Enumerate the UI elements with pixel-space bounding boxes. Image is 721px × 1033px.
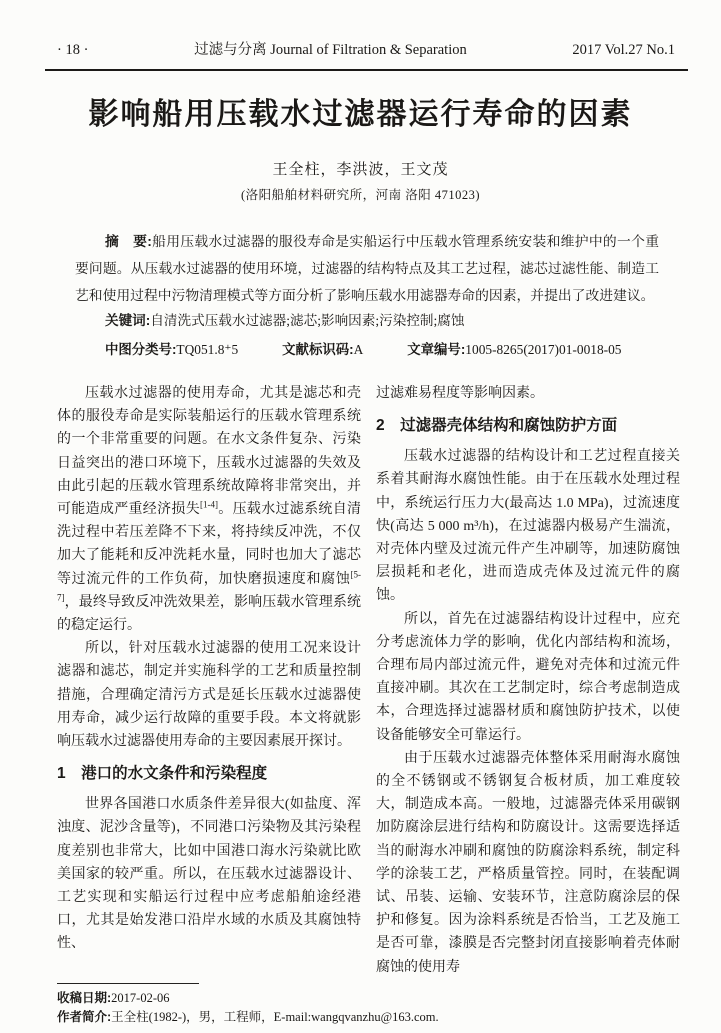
header-divider-rule: [45, 69, 688, 71]
article-id-value: 1005-8265(2017)01-0018-05: [465, 342, 621, 357]
received-date-value: 2017-02-06: [111, 991, 169, 1005]
header-journal-title: 过滤与分离 Journal of Filtration & Separation: [194, 38, 467, 59]
body-paragraph-3: 世界各国港口水质条件差异很大(如盐度、浑浊度、泥沙含量等)，不同港口污染物及其污…: [57, 793, 361, 955]
body-paragraph-3-continued: 过滤难易程度等影响因素。: [376, 382, 680, 405]
doc-code-label: 文献标识码:: [282, 342, 353, 357]
header-issue-info: 2017 Vol.27 No.1: [572, 42, 675, 59]
keywords-text: 自清洗式压载水过滤器;滤芯;影响因素;污染控制;腐蚀: [150, 313, 464, 328]
received-date-label: 收稿日期:: [57, 991, 111, 1005]
footer-divider-rule: [57, 983, 199, 984]
classification-line: 中图分类号:TQ051.8⁺5 文献标识码:A 文章编号:1005-8265(2…: [105, 340, 701, 360]
citation-ref: [1-4]: [200, 499, 218, 509]
body-right-column: 过滤难易程度等影响因素。 2 过滤器壳体结构和腐蚀防护方面 压载水过滤器的结构设…: [376, 382, 680, 979]
clc-item: 中图分类号:TQ051.8⁺5: [105, 340, 238, 360]
keywords-line: 关键词:自清洗式压载水过滤器;滤芯;影响因素;污染控制;腐蚀: [105, 310, 681, 331]
paragraph-text: ，最终导致反冲洗效果差，影响压载水管理系统的稳定运行。: [57, 595, 361, 633]
article-id-item: 文章编号:1005-8265(2017)01-0018-05: [407, 340, 621, 360]
journal-page: · 18 · 过滤与分离 Journal of Filtration & Sep…: [0, 0, 721, 1033]
author-bio-line: 作者简介:王全柱(1982-)，男，工程师，E-mail:wangqvanzhu…: [57, 1008, 721, 1028]
doc-code-value: A: [354, 342, 364, 357]
article-id-label: 文章编号:: [407, 342, 465, 357]
keywords-label: 关键词:: [105, 313, 150, 328]
abstract-block: 摘 要:船用压载水过滤器的服役寿命是实船运行中压载水管理系统安装和维护中的一个重…: [75, 228, 659, 309]
header-page-number: · 18 ·: [57, 42, 88, 59]
author-bio-value: 王全柱(1982-)，男，工程师，E-mail:wangqvanzhu@163.…: [111, 1010, 438, 1024]
abstract-label: 摘 要:: [105, 234, 152, 249]
body-paragraph-6: 由于压载水过滤器壳体整体采用耐海水腐蚀的全不锈钢或不锈钢复合板材质，加工难度较大…: [376, 747, 680, 979]
section-1-heading: 1 港口的水文条件和污染程度: [57, 763, 361, 784]
paragraph-text: 压载水过滤器的使用寿命，尤其是滤芯和壳体的服役寿命是实际装船运行的压载水管理系统…: [57, 386, 361, 517]
body-paragraph-1: 压载水过滤器的使用寿命，尤其是滤芯和壳体的服役寿命是实际装船运行的压载水管理系统…: [57, 382, 361, 637]
author-bio-label: 作者简介:: [57, 1010, 111, 1024]
page-footer: 收稿日期:2017-02-06 作者简介:王全柱(1982-)，男，工程师，E-…: [57, 983, 721, 1028]
clc-value: TQ051.8⁺5: [176, 342, 238, 357]
doc-code-item: 文献标识码:A: [282, 340, 363, 360]
article-title: 影响船用压载水过滤器运行寿命的因素: [30, 94, 691, 136]
body-left-column: 压载水过滤器的使用寿命，尤其是滤芯和壳体的服役寿命是实际装船运行的压载水管理系统…: [57, 382, 361, 979]
received-date-line: 收稿日期:2017-02-06: [57, 989, 721, 1009]
abstract-text: 船用压载水过滤器的服役寿命是实船运行中压载水管理系统安装和维护中的一个重要问题。…: [75, 234, 659, 303]
clc-label: 中图分类号:: [105, 342, 176, 357]
article-affiliation: (洛阳船舶材料研究所，河南 洛阳 471023): [0, 185, 721, 203]
page-header: · 18 · 过滤与分离 Journal of Filtration & Sep…: [0, 0, 721, 59]
article-authors: 王全柱，李洪波，王文茂: [0, 158, 721, 179]
body-paragraph-4: 压载水过滤器的结构设计和工艺过程直接关系着其耐海水腐蚀性能。由于在压载水处理过程…: [376, 445, 680, 607]
section-2-heading: 2 过滤器壳体结构和腐蚀防护方面: [376, 415, 680, 436]
body-columns: 压载水过滤器的使用寿命，尤其是滤芯和壳体的服役寿命是实际装船运行的压载水管理系统…: [57, 382, 680, 979]
body-paragraph-5: 所以，首先在过滤器结构设计过程中，应充分考虑流体力学的影响，优化内部结构和流场，…: [376, 608, 680, 747]
body-paragraph-2: 所以，针对压载水过滤器的使用工况来设计滤器和滤芯，制定并实施科学的工艺和质量控制…: [57, 637, 361, 753]
